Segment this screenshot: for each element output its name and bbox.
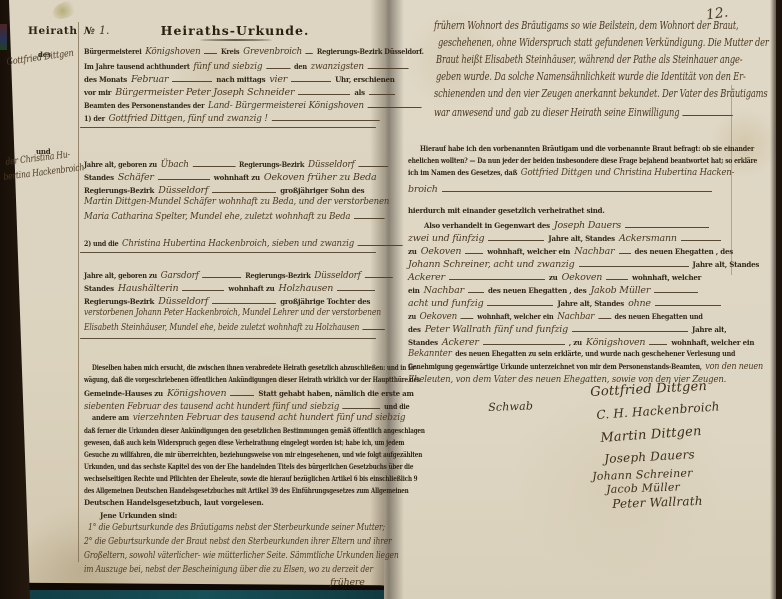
handwritten-text: C. H. Hackenbroich [596,400,720,421]
handwritten-text: Jacob Müller [606,481,680,495]
signatures-block: Gottfried DittgenSchwabC. H. Hackenbroic… [0,0,782,599]
text-line: Schwab [488,400,537,413]
text-line: Peter Wallrath [612,495,707,510]
text-line: C. H. Hackenbroich [596,400,724,421]
text-line: Jacob Müller [606,481,684,495]
handwritten-text: Peter Wallrath [612,495,703,510]
handwritten-text: Schwab [488,400,533,413]
register-book-scan: Heirath № 1. Heiraths-Urkunde. 12. desGo… [0,0,782,599]
text-line: Joseph Dauers [604,448,699,465]
handwritten-text: Martin Dittgen [600,425,702,445]
handwritten-text: Gottfried Dittgen [590,380,707,399]
text-line: Johann Schreiner [592,467,697,482]
handwritten-text: Joseph Dauers [604,448,695,465]
text-line: Martin Dittgen [600,425,706,445]
text-line: Gottfried Dittgen [590,380,711,399]
